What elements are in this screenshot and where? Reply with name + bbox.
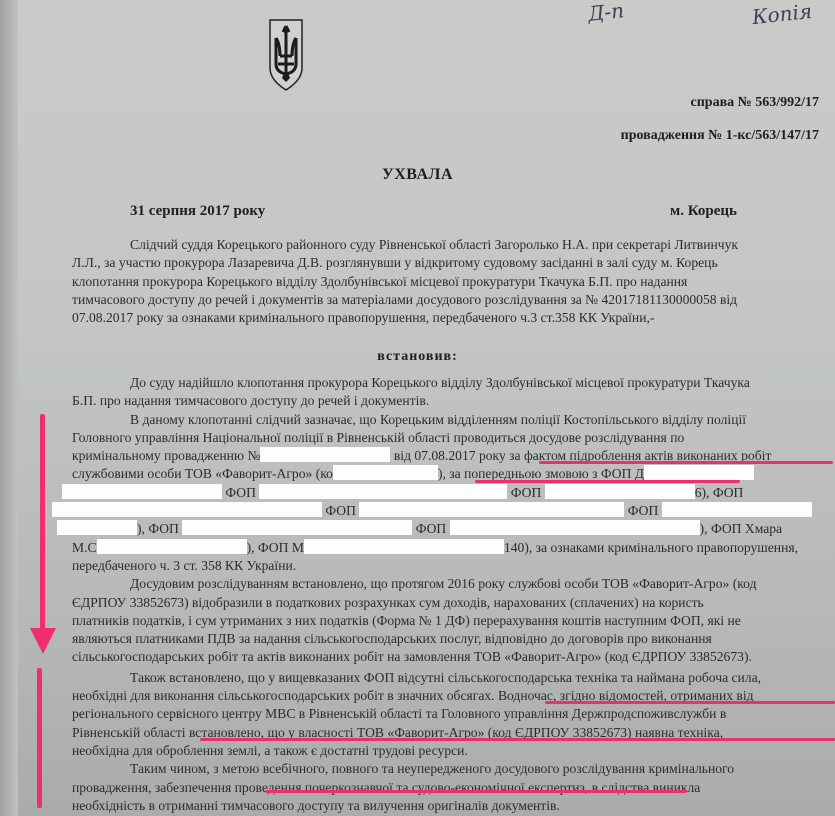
redaction [97,539,247,554]
text-fragment: ), ФОП [137,521,179,536]
body-line: провадження, забезпечення проведення поч… [72,779,821,797]
proceeding-number: провадження № 1-кс/563/147/17 [621,128,819,144]
section-heading: встановив: [0,349,835,365]
annotation-arrow-line [40,414,45,632]
annotation-underline [475,480,740,483]
redaction [304,539,504,554]
text-fragment: кримінальному провадженню № [72,448,260,463]
redaction [450,520,700,535]
redaction [52,502,322,517]
redaction [62,484,222,499]
intro-line: Л.Л., за участю прокурора Лазаревича Д.В… [72,254,821,272]
document-page: Д-п Копія справа № 563/992/17 провадженн… [0,0,835,816]
body-line: регіонального сервісного центру МВС в Рі… [72,705,821,723]
body-line: передбаченого ч. 3 ст. 358 КК України. [72,557,821,575]
text-fragment: 140), за ознаками кримінального правопор… [504,540,798,555]
redaction [182,520,412,535]
body-line: платників податків, і сум утриманих з ни… [72,612,821,630]
text-fragment: службовими особи ТОВ «Фаворит-Агро» (ко [72,466,333,481]
body-line: ФОП ФОП 6), ФОП [62,484,821,502]
intro-line: клопотання прокурора Корецького відділу … [72,273,821,291]
intro-line: Слідчий суддя Корецького районного суду … [72,236,821,254]
handwritten-copy-mark: Копія [751,0,813,29]
body-line: сільськогосподарських робіт та актів вик… [72,648,821,666]
body-line: являються платниками ПДВ за надання сіль… [72,630,821,648]
body-line: необхідність в отриманні тимчасового дос… [72,797,821,815]
text-fragment: ФОП [511,485,542,500]
body-line: До суду надійшло клопотання прокурора Ко… [72,374,821,392]
body-line: Досудовим розслідуванням встановлено, що… [72,575,821,593]
annotation-margin-line [37,668,42,808]
text-fragment: 6), ФОП [695,485,744,500]
annotation-underline [265,790,687,793]
body-line: ЄДРПОУ 33852673) відобразили в податкови… [72,594,821,612]
body-line: Б.П. про надання тимчасового доступу до … [72,392,821,410]
annotation-underline [200,738,835,741]
redaction [260,447,390,462]
case-number: справа № 563/992/17 [691,95,819,111]
document-city: м. Корець [670,203,737,220]
text-fragment: М.С [72,540,97,555]
redaction [259,484,507,499]
annotation-arrow-head-icon [30,628,56,654]
body-line: ФОП ФОП [52,502,821,520]
text-fragment: ), ФОП Хмара [700,521,782,536]
annotation-underline [539,461,833,464]
text-fragment: ), ФОП М [247,540,304,555]
intro-line: тимчасового доступу до речей і документі… [72,291,821,309]
redaction [333,465,438,480]
intro-paragraph: Слідчий суддя Корецького районного суду … [72,236,821,327]
redaction [359,502,624,517]
body-line: Також встановлено, що у вищевказаних ФОП… [72,669,821,687]
body-line: необхідна для оброблення землі, а також … [72,742,821,760]
redaction [545,484,695,499]
text-fragment: ФОП [628,503,659,518]
handwritten-mark: Д-п [587,0,625,26]
document-title: УХВАЛА [0,166,835,184]
text-fragment: ФОП [416,521,447,536]
body-line: М.С), ФОП М140), за ознаками кримінально… [72,539,821,557]
body-line: Головного управління Національної поліці… [72,429,821,447]
annotation-underline [545,701,835,704]
redaction [662,502,812,517]
text-fragment: ФОП [225,485,256,500]
body-line: ), ФОП ФОП ), ФОП Хмара [57,520,821,538]
intro-line: 07.08.2017 року за ознаками кримінальног… [72,309,821,327]
document-date: 31 серпня 2017 року [130,203,265,220]
body-text: До суду надійшло клопотання прокурора Ко… [72,374,821,815]
body-line: В даному клопотанні слідчий зазначає, що… [72,411,821,429]
redaction [644,465,754,480]
body-line: Таким чином, з метою всебічного, повного… [72,760,821,778]
text-fragment: ФОП [325,503,356,518]
coat-of-arms-icon [268,18,304,92]
redaction [57,520,137,535]
